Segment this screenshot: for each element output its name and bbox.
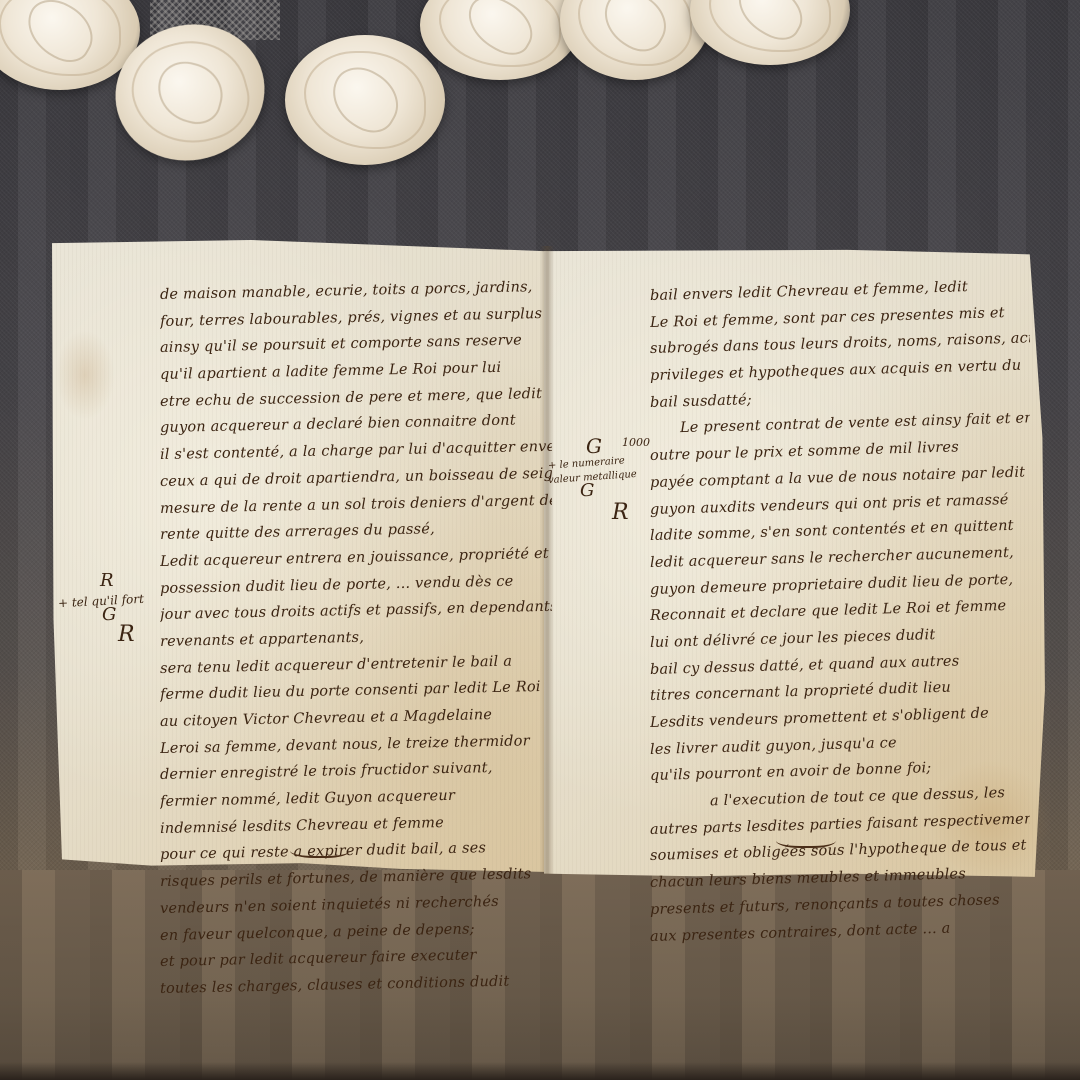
fabric-flower xyxy=(690,0,850,65)
margin-initials: G xyxy=(580,480,594,501)
paper-stain xyxy=(55,330,115,420)
margin-initials: G xyxy=(586,434,602,458)
fabric-flower xyxy=(420,0,580,80)
paraph-flourish xyxy=(776,830,836,848)
margin-initials: R xyxy=(612,500,629,525)
fabric-flower xyxy=(560,0,710,80)
margin-amount: 1000 xyxy=(622,436,650,449)
margin-initials: R xyxy=(118,622,135,647)
right-page-text: bail envers ledit Chevreau et femme, led… xyxy=(650,283,1030,950)
left-page-text: de maison manable, ecurie, toits a porcs… xyxy=(160,282,552,1003)
paraph-flourish xyxy=(290,840,350,858)
margin-initials: R xyxy=(100,570,114,591)
margin-initials: G xyxy=(102,604,116,625)
bottom-shadow xyxy=(0,1062,1080,1080)
fabric-flower xyxy=(285,35,445,165)
